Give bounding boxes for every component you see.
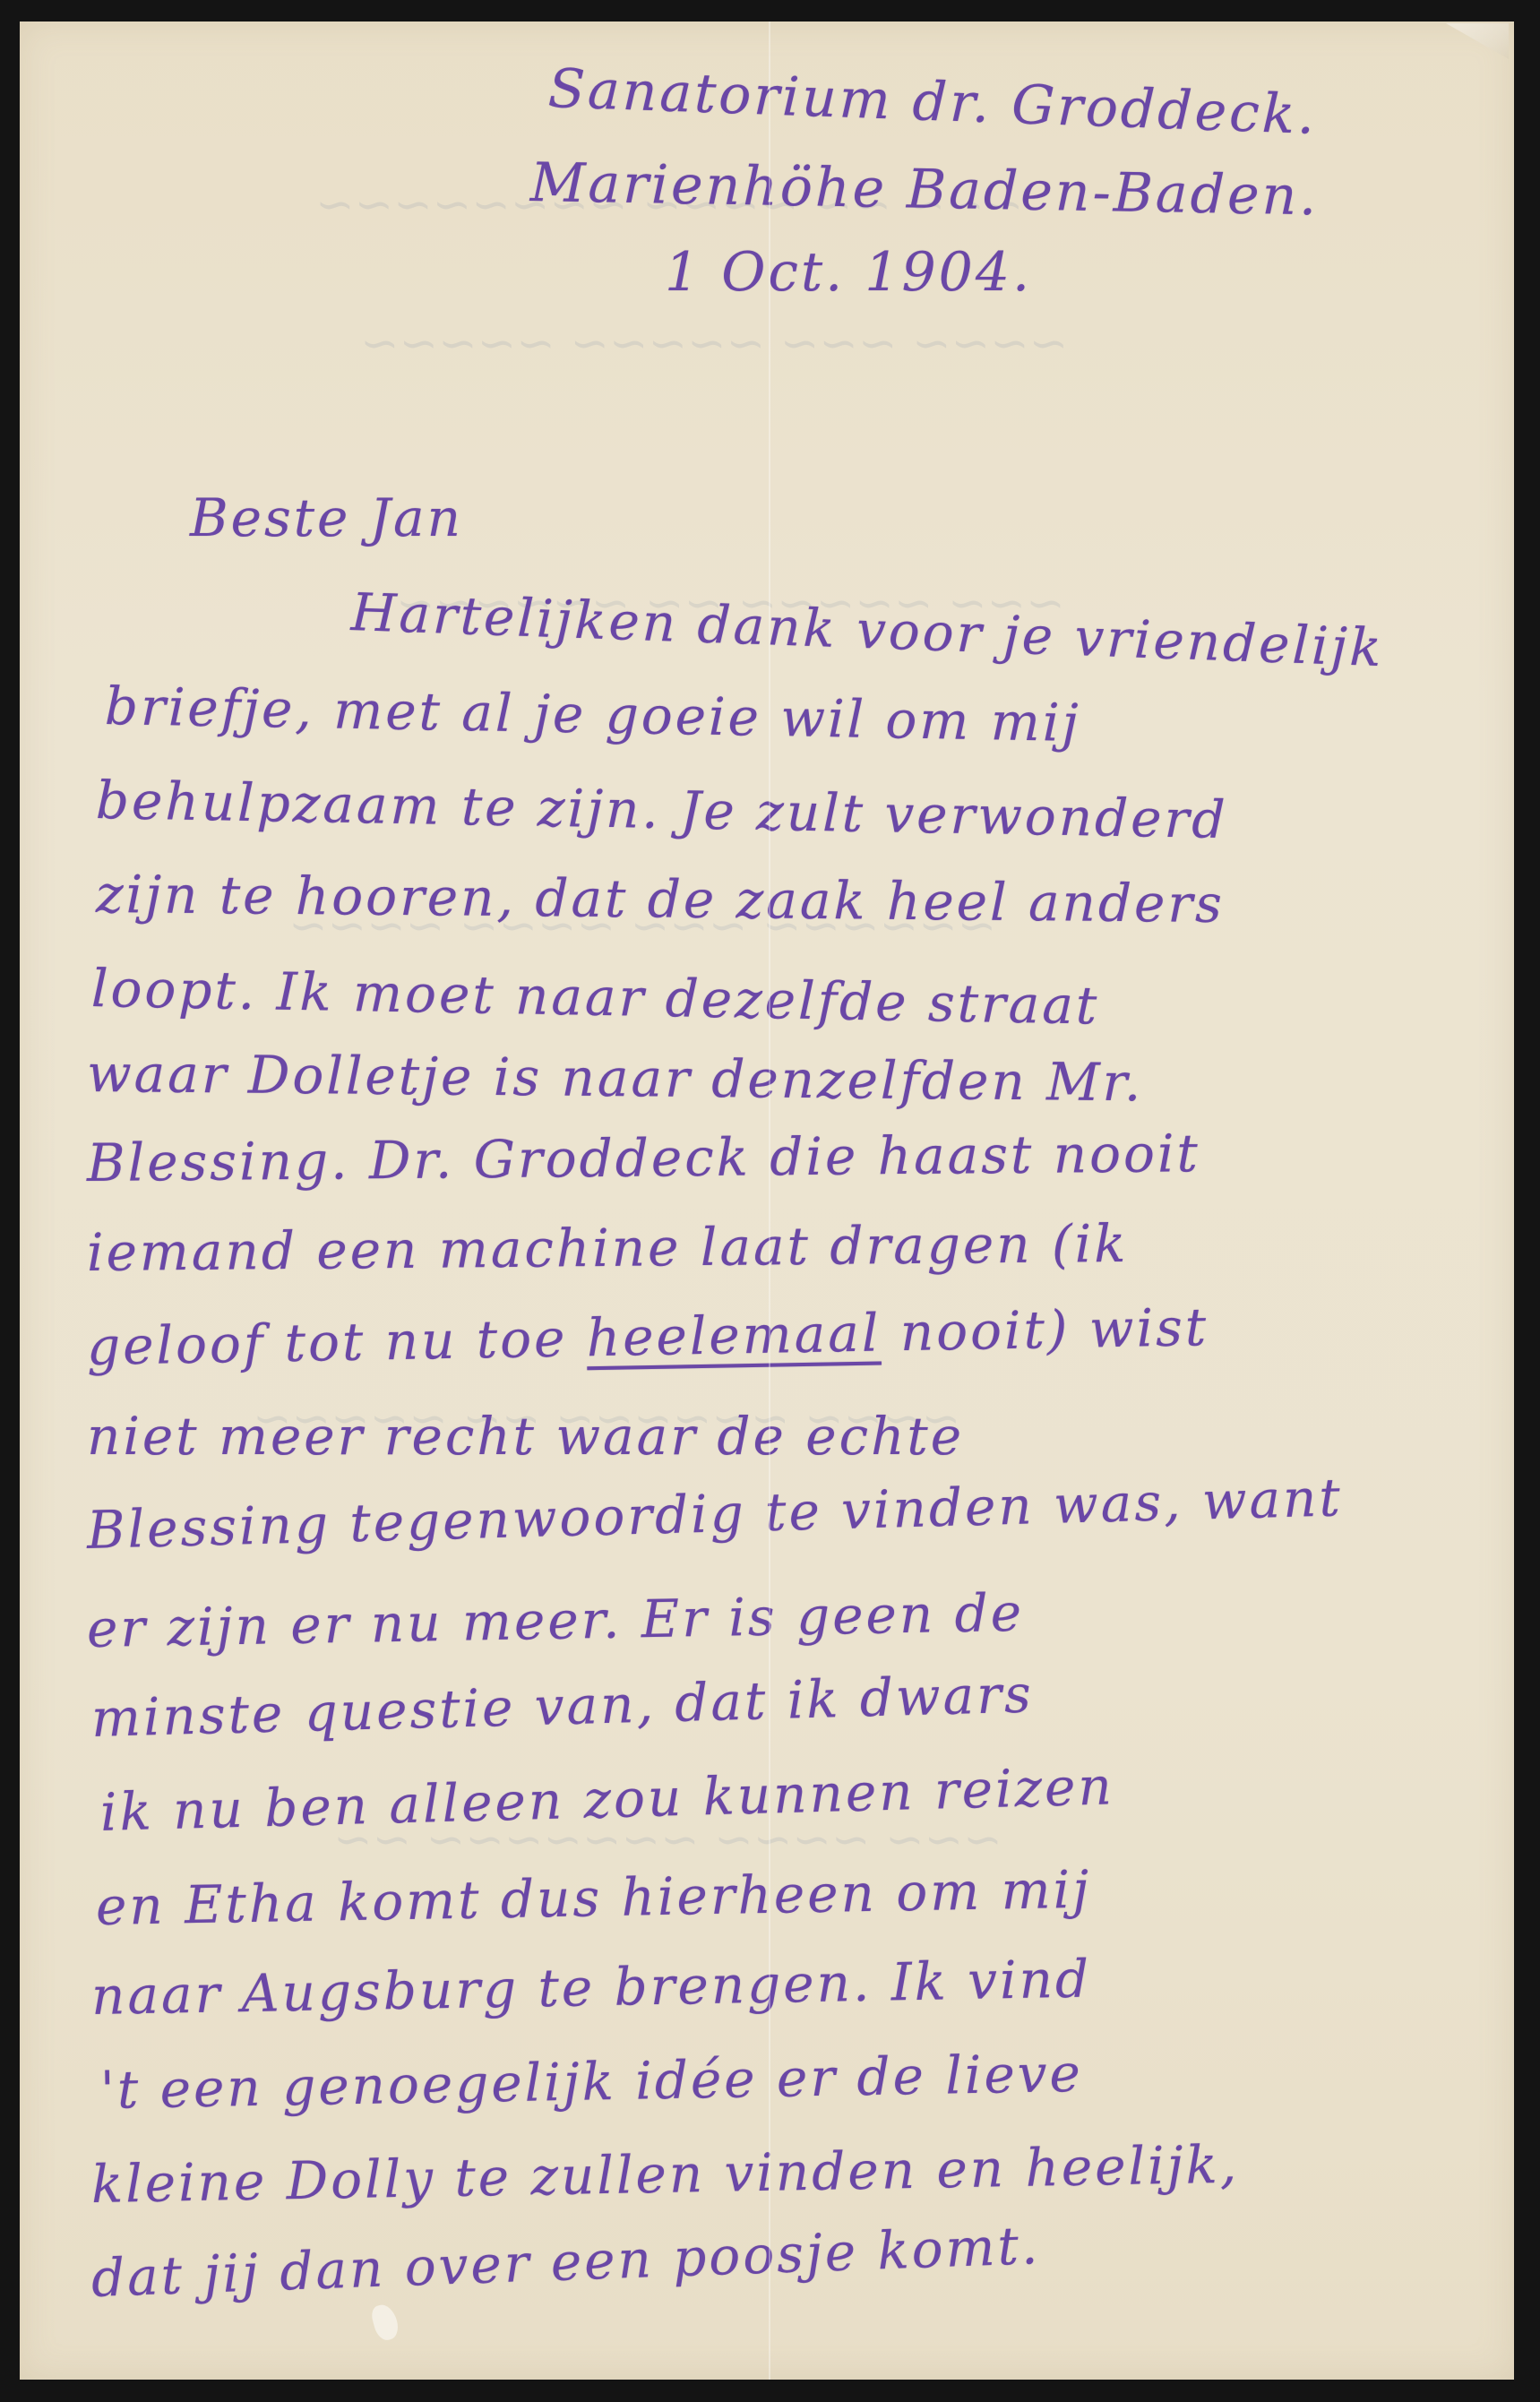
body-line: niet meer recht waar de echte — [87, 1406, 964, 1467]
salutation: Beste Jan — [190, 487, 463, 548]
body-line: geloof tot nu toe heelemaal nooit) wist — [86, 1296, 1209, 1377]
body-line: behulpzaam te zijn. Je zult verwonderd — [95, 770, 1228, 850]
body-line: er zijn er nu meer. Er is geen de — [86, 1582, 1024, 1659]
body-line: 't een genoegelijk idée er de lieve — [99, 2043, 1083, 2121]
body-line: waar Dolletje is naar denzelfden Mr. — [87, 1043, 1144, 1113]
bleed-through-text: ~~~~ ~~~ ~~~~~ ~~~~~ — [360, 317, 1068, 371]
body-line: naar Augsburg te brengen. Ik vind — [90, 1949, 1091, 2027]
heading-date: 1 Oct. 1904. — [665, 241, 1032, 304]
body-line: Blessing tegenwoordig te vinden was, wan… — [86, 1467, 1343, 1561]
letter-page: ~~~ ~~ ~~~~ ~~~~~~~~ ~~~~ ~~~ ~~~~~ ~~~~… — [20, 22, 1514, 2380]
body-line-part: nooit) wist — [881, 1296, 1209, 1363]
heading-address-line-2: Marienhöhe Baden-Baden. — [529, 151, 1319, 228]
body-line: kleine Dolly te zullen vinden en heelijk… — [90, 2134, 1239, 2215]
body-line-part: geloof tot nu toe — [86, 1307, 587, 1377]
heading-address-line-1: Sanatorium dr. Groddeck. — [547, 57, 1319, 147]
paper-tear-mark — [369, 2302, 400, 2342]
body-line: minste questie van, dat ik dwars — [90, 1663, 1034, 1749]
body-line: en Etha komt dus hierheen om mij — [95, 1859, 1091, 1937]
body-line: iemand een machine laat dragen (ik — [87, 1213, 1129, 1283]
body-line: briefje, met al je goeie wil om mij — [104, 676, 1081, 753]
body-line: dat jij dan over een poosje komt. — [90, 2215, 1042, 2309]
body-line: Hartelijken dank voor je vriendelijk — [350, 581, 1385, 678]
body-line: Blessing. Dr. Groddeck die haast nooit — [87, 1123, 1200, 1193]
body-line: ik nu ben alleen zou kunnen reizen — [99, 1755, 1114, 1843]
body-line: loopt. Ik moet naar dezelfde straat — [90, 958, 1099, 1037]
body-line: zijn te hooren, dat de zaak heel anders — [96, 864, 1225, 934]
underlined-word: heelemaal — [586, 1303, 882, 1369]
